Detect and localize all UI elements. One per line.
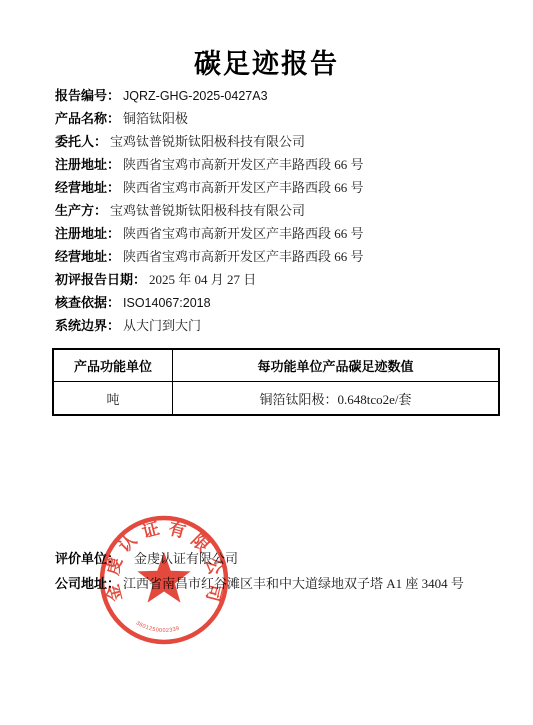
field-value: 陕西省宝鸡市高新开发区产丰路西段 66 号 (120, 157, 364, 172)
field-value: 铜箔钛阳极 (120, 111, 188, 126)
field-label: 评价单位： (55, 551, 120, 566)
table-header-footprint: 每功能单位产品碳足迹数值 (172, 349, 499, 382)
field-evaluation-org: 评价单位：金虔认证有限公司 (55, 546, 513, 571)
table-header-row: 产品功能单位 每功能单位产品碳足迹数值 (53, 349, 499, 382)
field-client: 委托人：宝鸡钛普锐斯钛阳极科技有限公司 (55, 130, 503, 153)
field-value: 陕西省宝鸡市高新开发区产丰路西段 66 号 (120, 226, 364, 241)
field-label: 核查依据： (55, 295, 120, 310)
field-label: 经营地址： (55, 249, 120, 264)
field-registered-address-2: 注册地址：陕西省宝鸡市高新开发区产丰路西段 66 号 (55, 222, 503, 245)
field-label: 报告编号： (55, 88, 120, 103)
field-initial-report-date: 初评报告日期：2025 年 04 月 27 日 (55, 268, 503, 291)
table-header-unit: 产品功能单位 (53, 349, 172, 382)
field-label: 经营地址： (55, 180, 120, 195)
field-registered-address: 注册地址：陕西省宝鸡市高新开发区产丰路西段 66 号 (55, 153, 503, 176)
field-label: 系统边界： (55, 318, 120, 333)
field-company-address: 公司地址：江西省南昌市红谷滩区丰和中大道绿地双子塔 A1 座 3404 号 (55, 571, 513, 596)
field-label: 委托人： (55, 134, 107, 149)
field-product-name: 产品名称：铜箔钛阳极 (55, 107, 503, 130)
field-label: 生产方： (55, 203, 107, 218)
field-value: 宝鸡钛普锐斯钛阳极科技有限公司 (107, 134, 305, 149)
field-value: 宝鸡钛普锐斯钛阳极科技有限公司 (107, 203, 305, 218)
report-page: 碳足迹报告 报告编号：JQRZ-GHG-2025-0427A3 产品名称：铜箔钛… (0, 0, 533, 725)
page-title: 碳足迹报告 (0, 42, 533, 81)
field-value: 从大门到大门 (120, 318, 201, 333)
field-business-address-2: 经营地址：陕西省宝鸡市高新开发区产丰路西段 66 号 (55, 245, 503, 268)
field-value: 陕西省宝鸡市高新开发区产丰路西段 66 号 (120, 180, 364, 195)
field-value: ISO14067:2018 (120, 296, 211, 310)
field-value: 金虔认证有限公司 (120, 551, 238, 566)
functional-unit-table: 产品功能单位 每功能单位产品碳足迹数值 吨 铜箔钛阳极：0.648tco2e/套 (52, 348, 500, 416)
field-label: 初评报告日期： (55, 272, 146, 287)
field-value: JQRZ-GHG-2025-0427A3 (120, 89, 268, 103)
field-business-address: 经营地址：陕西省宝鸡市高新开发区产丰路西段 66 号 (55, 176, 503, 199)
field-value: 江西省南昌市红谷滩区丰和中大道绿地双子塔 A1 座 3404 号 (120, 576, 464, 591)
footer-fields: 评价单位：金虔认证有限公司 公司地址：江西省南昌市红谷滩区丰和中大道绿地双子塔 … (55, 546, 513, 596)
field-label: 注册地址： (55, 157, 120, 172)
table-cell-unit: 吨 (53, 382, 172, 416)
seal-serial-number: 3601250002339 (135, 620, 181, 634)
field-label: 注册地址： (55, 226, 120, 241)
field-verification-basis: 核查依据：ISO14067:2018 (55, 291, 503, 314)
field-value: 陕西省宝鸡市高新开发区产丰路西段 66 号 (120, 249, 364, 264)
field-producer: 生产方：宝鸡钛普锐斯钛阳极科技有限公司 (55, 199, 503, 222)
field-value: 2025 年 04 月 27 日 (146, 272, 256, 287)
table-row: 吨 铜箔钛阳极：0.648tco2e/套 (53, 382, 499, 416)
field-label: 公司地址： (55, 576, 120, 591)
table-cell-footprint: 铜箔钛阳极：0.648tco2e/套 (172, 382, 499, 416)
field-system-boundary: 系统边界：从大门到大门 (55, 314, 503, 337)
field-report-number: 报告编号：JQRZ-GHG-2025-0427A3 (55, 84, 503, 107)
report-fields: 报告编号：JQRZ-GHG-2025-0427A3 产品名称：铜箔钛阳极 委托人… (55, 84, 503, 337)
field-label: 产品名称： (55, 111, 120, 126)
